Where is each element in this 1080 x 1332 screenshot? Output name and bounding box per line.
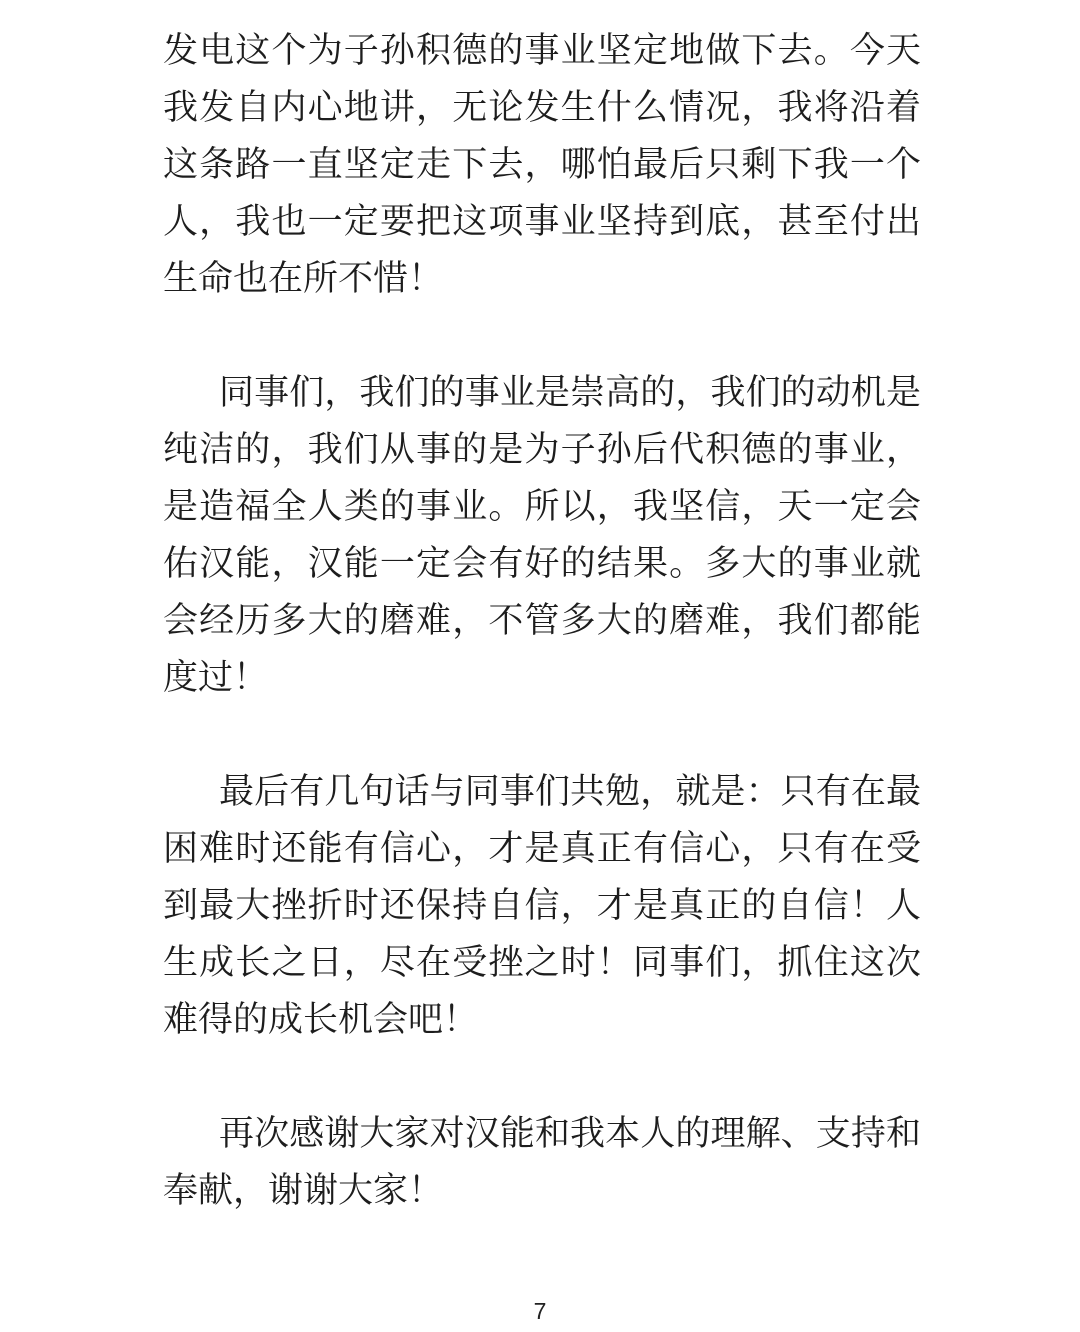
document-body-text: 发电这个为子孙积德的事业坚定地做下去。今天我发自内心地讲，无论发生什么情况，我将… xyxy=(163,22,921,1276)
page-number: 7 xyxy=(534,1298,547,1324)
paragraph: 再次感谢大家对汉能和我本人的理解、支持和奉献，谢谢大家！ xyxy=(163,1105,921,1219)
paragraph: 最后有几句话与同事们共勉，就是：只有在最困难时还能有信心，才是真正有信心，只有在… xyxy=(163,763,921,1048)
paragraph: 发电这个为子孙积德的事业坚定地做下去。今天我发自内心地讲，无论发生什么情况，我将… xyxy=(163,22,921,307)
page-footer: 7 xyxy=(0,1298,1080,1324)
paragraph: 同事们，我们的事业是崇高的，我们的动机是纯洁的，我们从事的是为子孙后代积德的事业… xyxy=(163,364,921,706)
document-page: 发电这个为子孙积德的事业坚定地做下去。今天我发自内心地讲，无论发生什么情况，我将… xyxy=(0,0,1080,1332)
